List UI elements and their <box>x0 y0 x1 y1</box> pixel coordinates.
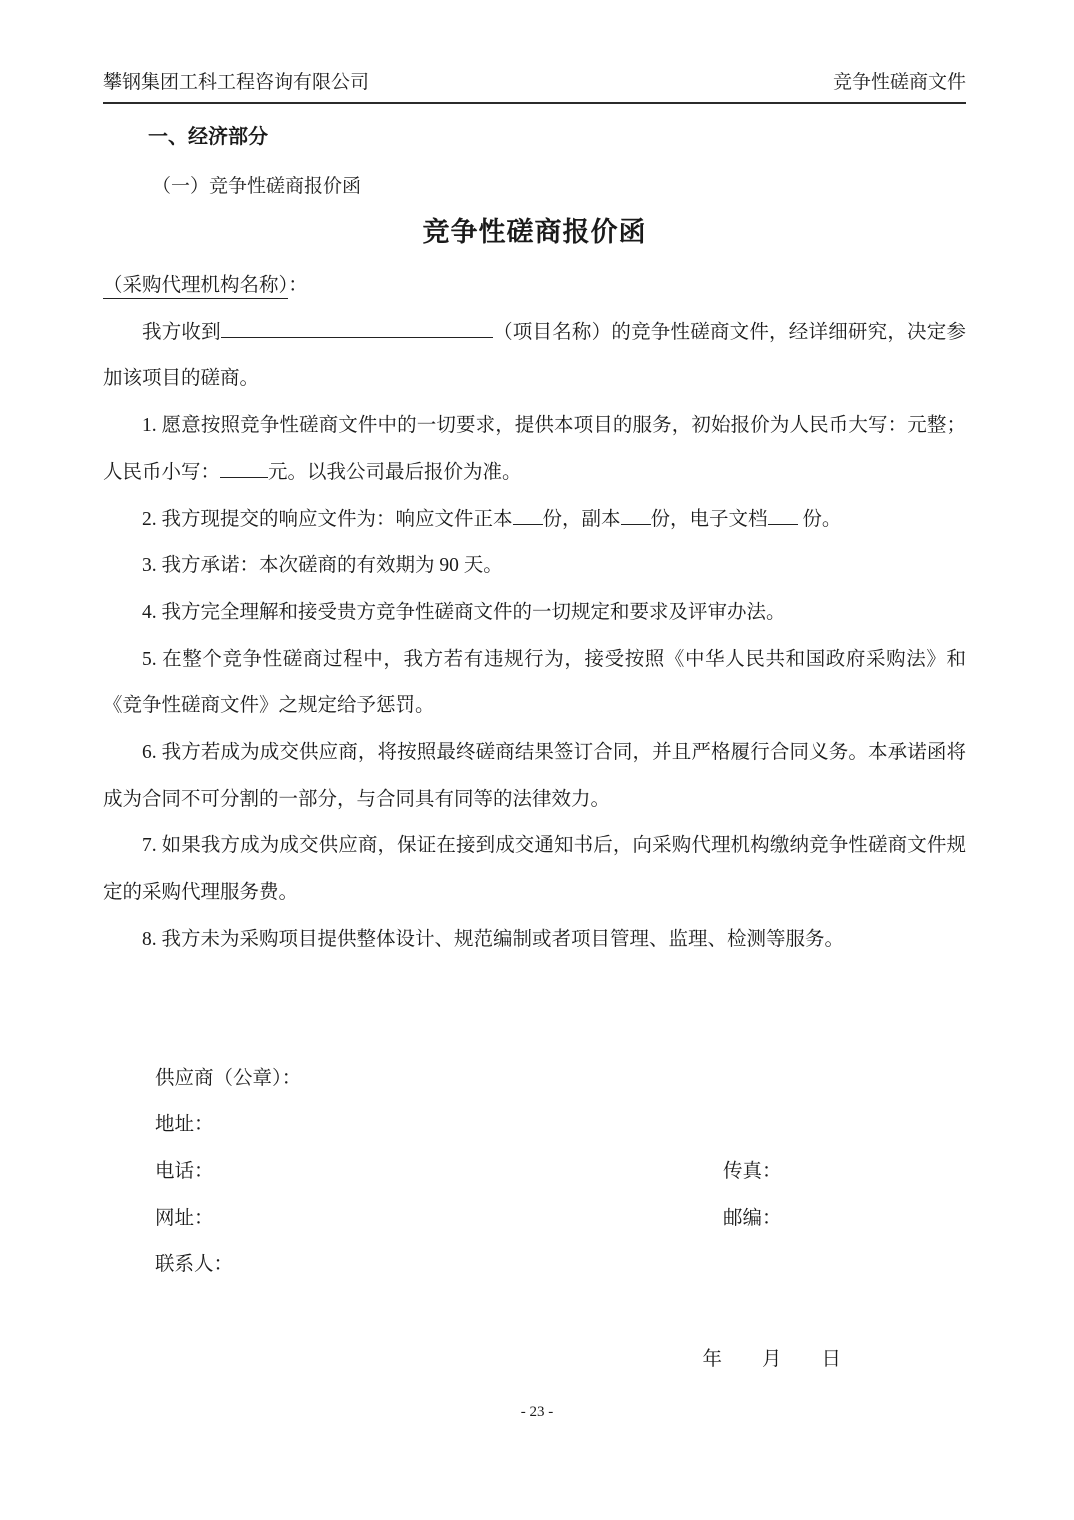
phone-fax-line: 电话： 传真： <box>155 1149 966 1196</box>
price-figures-blank <box>220 456 268 477</box>
item-3: 3. 我方承诺：本次磋商的有效期为 90 天。 <box>103 543 966 590</box>
intro-text-pre: 我方收到 <box>142 322 221 343</box>
item-2: 2. 我方现提交的响应文件为：响应文件正本份，副本份，电子文档 份。 <box>103 497 966 544</box>
project-name-blank <box>221 316 493 337</box>
item-8: 8. 我方未为采购项目提供整体设计、规范编制或者项目管理、监理、检测等服务。 <box>103 917 966 964</box>
item-2-text-end: 份。 <box>798 509 842 530</box>
subsection-heading: （一）竞争性磋商报价函 <box>152 171 966 198</box>
item-2-text-3: 份，电子文档 <box>651 509 768 530</box>
date-month-label: 月 <box>762 1349 782 1370</box>
addressee-line: （采购代理机构名称）： <box>103 263 966 310</box>
item-2-text: 2. 我方现提交的响应文件为：响应文件正本 <box>142 509 513 530</box>
date-line: 年月日 <box>103 1337 966 1384</box>
website-postcode-line: 网址： 邮编： <box>155 1196 966 1243</box>
item-1: 1. 愿意按照竞争性磋商文件中的一切要求，提供本项目的服务，初始报价为人民币大写… <box>103 403 966 496</box>
supplier-seal-line: 供应商（公章）： <box>155 1056 966 1103</box>
item-7: 7. 如果我方成为成交供应商，保证在接到成交通知书后，向采购代理机构缴纳竞争性磋… <box>103 823 966 916</box>
date-day-label: 日 <box>821 1349 841 1370</box>
section-heading: 一、经济部分 <box>148 120 966 149</box>
phone-label: 电话： <box>155 1161 214 1182</box>
signature-block: 供应商（公章）： 地址： 电话： 传真： 网址： 邮编： 联系人： <box>103 1056 966 1290</box>
intro-paragraph: 我方收到（项目名称）的竞争性磋商文件，经详细研究，决定参加该项目的磋商。 <box>103 310 966 403</box>
postcode-label: 邮编： <box>723 1196 782 1243</box>
item-4: 4. 我方完全理解和接受贵方竞争性磋商文件的一切规定和要求及评审办法。 <box>103 590 966 637</box>
original-copies-blank <box>513 503 543 524</box>
fax-label: 传真： <box>723 1149 782 1196</box>
date-year-label: 年 <box>702 1349 722 1370</box>
website-label: 网址： <box>155 1208 214 1229</box>
addressee-label: （采购代理机构名称） <box>103 275 288 299</box>
electronic-copies-blank <box>768 503 798 524</box>
contact-person-line: 联系人： <box>155 1242 966 1289</box>
header-company-name: 攀钢集团工科工程咨询有限公司 <box>103 70 369 96</box>
header-document-type: 竞争性磋商文件 <box>833 70 966 96</box>
document-body: （采购代理机构名称）： 我方收到（项目名称）的竞争性磋商文件，经详细研究，决定参… <box>103 263 966 964</box>
addressee-colon: ： <box>288 275 308 296</box>
page-header: 攀钢集团工科工程咨询有限公司 竞争性磋商文件 <box>103 70 966 104</box>
item-6: 6. 我方若成为成交供应商，将按照最终磋商结果签订合同，并且严格履行合同义务。本… <box>103 730 966 823</box>
page-content: 攀钢集团工科工程咨询有限公司 竞争性磋商文件 一、经济部分 （一）竞争性磋商报价… <box>0 0 1074 1384</box>
item-1-text-end: 元。以我公司最后报价为准。 <box>268 462 522 483</box>
duplicate-copies-blank <box>621 503 651 524</box>
item-2-text-2: 份，副本 <box>543 509 621 530</box>
page-number: - 23 - <box>0 1404 1074 1421</box>
item-5: 5. 在整个竞争性磋商过程中，我方若有违规行为，接受按照《中华人民共和国政府采购… <box>103 637 966 730</box>
document-page: 攀钢集团工科工程咨询有限公司 竞争性磋商文件 一、经济部分 （一）竞争性磋商报价… <box>0 0 1074 1520</box>
document-title: 竞争性磋商报价函 <box>103 210 966 249</box>
address-line: 地址： <box>155 1102 966 1149</box>
